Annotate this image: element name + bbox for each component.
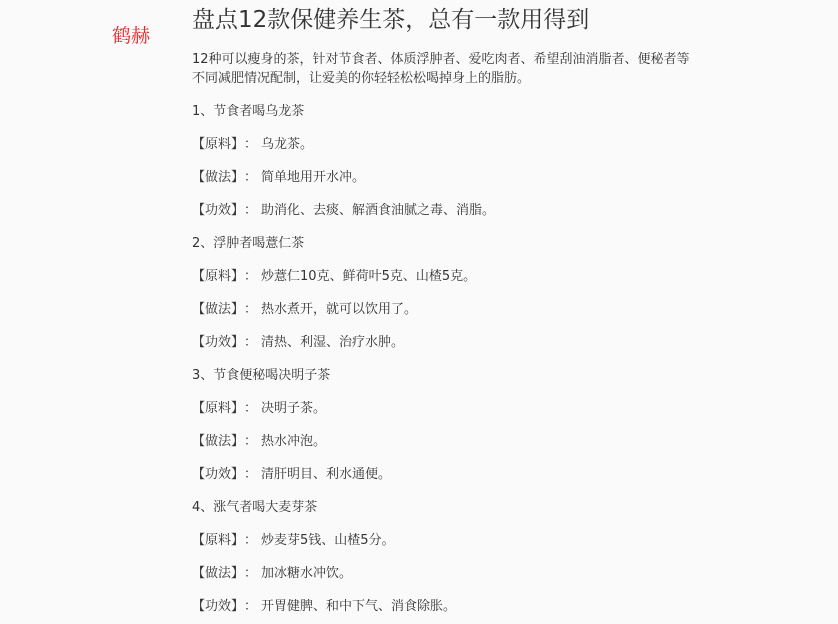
author-name[interactable]: 鹤赫 [112, 24, 150, 48]
method-field: 【做法】：加冰糖水冲饮。 [192, 564, 712, 583]
field-value: 清肝明目、利水通便。 [261, 467, 391, 482]
tea-section-4: 4、涨气者喝大麦芽茶 【原料】：炒麦芽5钱、山楂5分。 【做法】：加冰糖水冲饮。… [192, 498, 712, 616]
field-label: 【原料】 [192, 135, 244, 154]
field-colon: ： [244, 168, 257, 187]
field-value: 炒麦芽5钱、山楂5分。 [261, 533, 395, 548]
field-colon: ： [244, 300, 257, 319]
article: 盘点12款保健养生茶，总有一款用得到 12种可以瘦身的茶，针对节食者、体质浮肿者… [192, 0, 712, 616]
field-colon: ： [244, 201, 257, 220]
method-field: 【做法】：简单地用开水冲。 [192, 168, 712, 187]
section-heading: 1、节食者喝乌龙茶 [192, 102, 712, 121]
method-field: 【做法】：热水煮开，就可以饮用了。 [192, 300, 712, 319]
field-value: 开胃健脾、和中下气、消食除胀。 [261, 599, 456, 614]
ingredients-field: 【原料】：炒麦芽5钱、山楂5分。 [192, 531, 712, 550]
effect-field: 【功效】：清热、利湿、治疗水肿。 [192, 333, 712, 352]
field-colon: ： [244, 531, 257, 550]
field-value: 清热、利湿、治疗水肿。 [261, 335, 404, 350]
field-label: 【做法】 [192, 564, 244, 583]
field-label: 【做法】 [192, 168, 244, 187]
field-value: 乌龙茶。 [261, 137, 313, 152]
field-label: 【原料】 [192, 267, 244, 286]
tea-section-2: 2、浮肿者喝薏仁茶 【原料】：炒薏仁10克、鲜荷叶5克、山楂5克。 【做法】：热… [192, 234, 712, 352]
field-value: 决明子茶。 [261, 401, 326, 416]
field-label: 【功效】 [192, 465, 244, 484]
effect-field: 【功效】：清肝明目、利水通便。 [192, 465, 712, 484]
section-heading: 4、涨气者喝大麦芽茶 [192, 498, 712, 517]
field-colon: ： [244, 597, 257, 616]
field-colon: ： [244, 564, 257, 583]
field-label: 【功效】 [192, 597, 244, 616]
effect-field: 【功效】：开胃健脾、和中下气、消食除胀。 [192, 597, 712, 616]
field-value: 加冰糖水冲饮。 [261, 566, 352, 581]
field-colon: ： [244, 465, 257, 484]
field-label: 【原料】 [192, 399, 244, 418]
field-value: 简单地用开水冲。 [261, 170, 365, 185]
field-label: 【做法】 [192, 300, 244, 319]
field-colon: ： [244, 267, 257, 286]
page: 鹤赫 盘点12款保健养生茶，总有一款用得到 12种可以瘦身的茶，针对节食者、体质… [0, 0, 838, 624]
field-label: 【功效】 [192, 201, 244, 220]
article-intro: 12种可以瘦身的茶，针对节食者、体质浮肿者、爱吃肉者、希望刮油消脂者、便秘者等不… [192, 50, 692, 88]
tea-section-1: 1、节食者喝乌龙茶 【原料】：乌龙茶。 【做法】：简单地用开水冲。 【功效】：助… [192, 102, 712, 220]
field-colon: ： [244, 135, 257, 154]
field-colon: ： [244, 432, 257, 451]
field-value: 热水冲泡。 [261, 434, 326, 449]
field-colon: ： [244, 399, 257, 418]
field-label: 【原料】 [192, 531, 244, 550]
ingredients-field: 【原料】：乌龙茶。 [192, 135, 712, 154]
section-heading: 2、浮肿者喝薏仁茶 [192, 234, 712, 253]
effect-field: 【功效】：助消化、去痰、解酒食油腻之毒、消脂。 [192, 201, 712, 220]
field-value: 热水煮开，就可以饮用了。 [261, 302, 417, 317]
section-heading: 3、节食便秘喝决明子茶 [192, 366, 712, 385]
ingredients-field: 【原料】：炒薏仁10克、鲜荷叶5克、山楂5克。 [192, 267, 712, 286]
article-title: 盘点12款保健养生茶，总有一款用得到 [192, 0, 712, 36]
field-label: 【功效】 [192, 333, 244, 352]
field-label: 【做法】 [192, 432, 244, 451]
field-value: 助消化、去痰、解酒食油腻之毒、消脂。 [261, 203, 495, 218]
field-value: 炒薏仁10克、鲜荷叶5克、山楂5克。 [261, 269, 476, 284]
ingredients-field: 【原料】：决明子茶。 [192, 399, 712, 418]
tea-section-3: 3、节食便秘喝决明子茶 【原料】：决明子茶。 【做法】：热水冲泡。 【功效】：清… [192, 366, 712, 484]
field-colon: ： [244, 333, 257, 352]
method-field: 【做法】：热水冲泡。 [192, 432, 712, 451]
